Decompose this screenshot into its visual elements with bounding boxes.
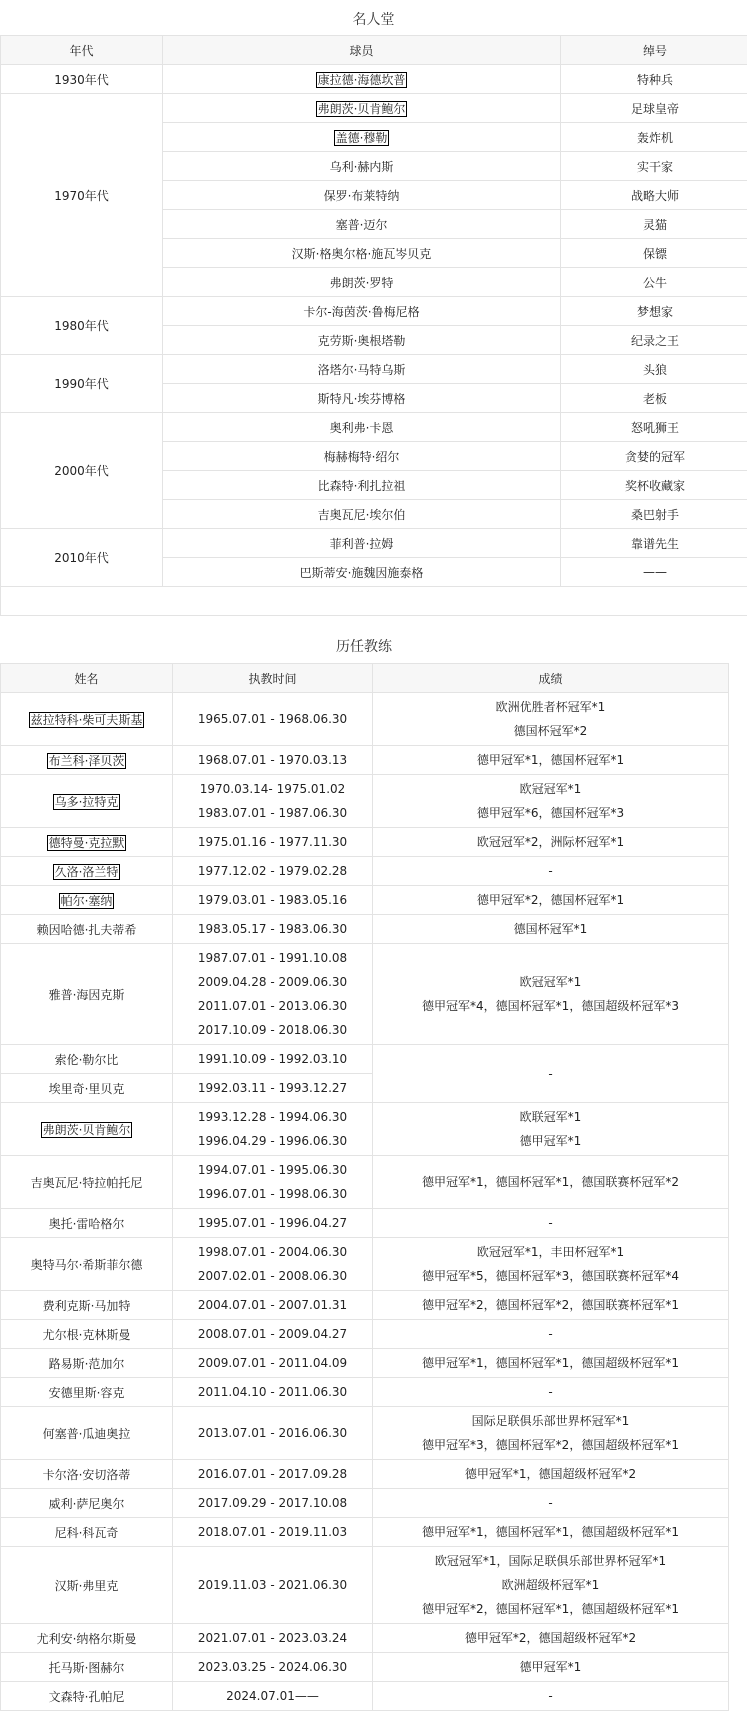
player-cell: 洛塔尔·马特乌斯 xyxy=(163,355,561,384)
tenure-period: 1987.07.01 - 1991.10.08 xyxy=(177,946,368,970)
coach-name[interactable]: 久洛·洛兰特 xyxy=(53,864,121,880)
coach-name-cell: 吉奥瓦尼·特拉帕托尼 xyxy=(1,1156,173,1209)
player-cell: 斯特凡·埃芬博格 xyxy=(163,384,561,413)
nickname-cell: 保镖 xyxy=(561,239,747,268)
honor-line: 欧联冠军*1 xyxy=(377,1105,724,1129)
hall-of-fame-table: 年代 球员 绰号 1930年代康拉德·海德坎普特种兵1970年代弗朗茨·贝肯鲍尔… xyxy=(0,35,747,616)
nickname-cell: 桑巴射手 xyxy=(561,500,747,529)
tenure-cell: 1994.07.01 - 1995.06.301996.07.01 - 1998… xyxy=(173,1156,373,1209)
player-name[interactable]: 康拉德·海德坎普 xyxy=(316,72,408,88)
honors-cell: 德甲冠军*1，德国超级杯冠军*2 xyxy=(373,1460,729,1489)
coach-name: 路易斯·范加尔 xyxy=(49,1357,125,1371)
tenure-period: 2018.07.01 - 2019.11.03 xyxy=(177,1520,368,1544)
tenure-period: 1993.12.28 - 1994.06.30 xyxy=(177,1105,368,1129)
table-row: 久洛·洛兰特1977.12.02 - 1979.02.28- xyxy=(1,857,729,886)
honor-line: 欧冠冠军*1，国际足联俱乐部世界杯冠军*1 xyxy=(377,1549,724,1573)
tenure-cell: 1987.07.01 - 1991.10.082009.04.28 - 2009… xyxy=(173,944,373,1045)
player-name: 卡尔-海茵茨·鲁梅尼格 xyxy=(303,305,419,319)
honor-line: 德甲冠军*6，德国杯冠军*3 xyxy=(377,801,724,825)
tenure-period: 1998.07.01 - 2004.06.30 xyxy=(177,1240,368,1264)
honor-line: 德甲冠军*1，德国超级杯冠军*2 xyxy=(377,1462,724,1486)
table-row: 1990年代洛塔尔·马特乌斯头狼 xyxy=(1,355,747,384)
tenure-cell: 2019.11.03 - 2021.06.30 xyxy=(173,1547,373,1624)
tenure-cell: 2017.09.29 - 2017.10.08 xyxy=(173,1489,373,1518)
header-player: 球员 xyxy=(163,36,561,65)
coach-name-cell: 弗朗茨·贝肯鲍尔 xyxy=(1,1103,173,1156)
honor-line: 德甲冠军*1，德国杯冠军*1 xyxy=(377,748,724,772)
tenure-cell: 1965.07.01 - 1968.06.30 xyxy=(173,693,373,746)
table-row: 赖因哈德·扎夫蒂希1983.05.17 - 1983.06.30德国杯冠军*1 xyxy=(1,915,729,944)
player-cell: 克劳斯·奥根塔勒 xyxy=(163,326,561,355)
tenure-period: 2009.04.28 - 2009.06.30 xyxy=(177,970,368,994)
honors-cell: 欧冠冠军*1德甲冠军*6，德国杯冠军*3 xyxy=(373,775,729,828)
tenure-cell: 2008.07.01 - 2009.04.27 xyxy=(173,1320,373,1349)
nickname-cell: 靠谱先生 xyxy=(561,529,747,558)
header-tenure: 执教时间 xyxy=(173,664,373,693)
player-name: 梅赫梅特·绍尔 xyxy=(324,450,400,464)
player-name: 巴斯蒂安·施魏因施泰格 xyxy=(300,566,424,580)
table-row: 奥特马尔·希斯菲尔德1998.07.01 - 2004.06.302007.02… xyxy=(1,1238,729,1291)
tenure-cell: 1998.07.01 - 2004.06.302007.02.01 - 2008… xyxy=(173,1238,373,1291)
coach-name-cell: 久洛·洛兰特 xyxy=(1,857,173,886)
tenure-period: 1975.01.16 - 1977.11.30 xyxy=(177,830,368,854)
honor-line: 德国杯冠军*2 xyxy=(377,719,724,743)
player-cell: 菲利普·拉姆 xyxy=(163,529,561,558)
player-cell: 康拉德·海德坎普 xyxy=(163,65,561,94)
honor-line: 欧冠冠军*2，洲际杯冠军*1 xyxy=(377,830,724,854)
table-header-row: 年代 球员 绰号 xyxy=(1,36,747,65)
table-row: 1980年代卡尔-海茵茨·鲁梅尼格梦想家 xyxy=(1,297,747,326)
player-cell: 巴斯蒂安·施魏因施泰格 xyxy=(163,558,561,587)
coach-name: 费利克斯·马加特 xyxy=(43,1299,131,1313)
coach-name: 汉斯·弗里克 xyxy=(55,1579,119,1593)
coach-name: 何塞普·瓜迪奥拉 xyxy=(43,1427,131,1441)
table-row: 尼科·科瓦奇2018.07.01 - 2019.11.03德甲冠军*1，德国杯冠… xyxy=(1,1518,729,1547)
table-row: 奥托·雷哈格尔1995.07.01 - 1996.04.27- xyxy=(1,1209,729,1238)
coach-name-cell: 奥托·雷哈格尔 xyxy=(1,1209,173,1238)
player-name[interactable]: 盖德·穆勒 xyxy=(334,130,390,146)
honor-line: - xyxy=(377,1491,724,1515)
coach-name-cell: 埃里奇·里贝克 xyxy=(1,1074,173,1103)
tenure-period: 2016.07.01 - 2017.09.28 xyxy=(177,1462,368,1486)
player-cell: 奥利弗·卡恩 xyxy=(163,413,561,442)
table-row: 德特曼·克拉默1975.01.16 - 1977.11.30欧冠冠军*2，洲际杯… xyxy=(1,828,729,857)
honors-cell: - xyxy=(373,1682,729,1711)
coach-name: 奥特马尔·希斯菲尔德 xyxy=(31,1258,143,1272)
honor-line: 欧冠冠军*1，丰田杯冠军*1 xyxy=(377,1240,724,1264)
coach-name: 托马斯·图赫尔 xyxy=(49,1661,125,1675)
player-cell: 卡尔-海茵茨·鲁梅尼格 xyxy=(163,297,561,326)
tenure-cell: 1992.03.11 - 1993.12.27 xyxy=(173,1074,373,1103)
coaches-table: 姓名 执教时间 成绩 兹拉特科·柴可夫斯基1965.07.01 - 1968.0… xyxy=(0,663,729,1711)
tenure-period: 1970.03.14- 1975.01.02 xyxy=(177,777,368,801)
tenure-period: 1983.05.17 - 1983.06.30 xyxy=(177,917,368,941)
coach-name: 埃里奇·里贝克 xyxy=(49,1082,125,1096)
honor-line: 德国杯冠军*1 xyxy=(377,917,724,941)
tenure-cell: 2004.07.01 - 2007.01.31 xyxy=(173,1291,373,1320)
player-cell: 保罗·布莱特纳 xyxy=(163,181,561,210)
tenure-cell: 2021.07.01 - 2023.03.24 xyxy=(173,1624,373,1653)
table-row: 帕尔·塞纳1979.03.01 - 1983.05.16德甲冠军*2，德国杯冠军… xyxy=(1,886,729,915)
table-row: 吉奥瓦尼·特拉帕托尼1994.07.01 - 1995.06.301996.07… xyxy=(1,1156,729,1209)
coach-name: 威利·萨尼奥尔 xyxy=(49,1497,125,1511)
tenure-cell: 1977.12.02 - 1979.02.28 xyxy=(173,857,373,886)
coaches-title: 历任教练 xyxy=(0,636,728,658)
tenure-period: 1996.04.29 - 1996.06.30 xyxy=(177,1129,368,1153)
table-row: 尤尔根·克林斯曼2008.07.01 - 2009.04.27- xyxy=(1,1320,729,1349)
coach-name-cell: 德特曼·克拉默 xyxy=(1,828,173,857)
era-cell: 1930年代 xyxy=(1,65,163,94)
nickname-cell: 战略大师 xyxy=(561,181,747,210)
table-row: 尤利安·纳格尔斯曼2021.07.01 - 2023.03.24德甲冠军*2，德… xyxy=(1,1624,729,1653)
honor-line: 德甲冠军*2，德国超级杯冠军*2 xyxy=(377,1626,724,1650)
player-name: 吉奥瓦尼·埃尔伯 xyxy=(318,508,406,522)
honors-cell: 德甲冠军*1，德国杯冠军*1，德国超级杯冠军*1 xyxy=(373,1518,729,1547)
tenure-period: 1979.03.01 - 1983.05.16 xyxy=(177,888,368,912)
table-row: 索伦·勒尔比1991.10.09 - 1992.03.10- xyxy=(1,1045,729,1074)
tenure-period: 1968.07.01 - 1970.03.13 xyxy=(177,748,368,772)
honors-cell: 德甲冠军*2，德国杯冠军*1 xyxy=(373,886,729,915)
honor-line: 德甲冠军*3，德国杯冠军*2，德国超级杯冠军*1 xyxy=(377,1433,724,1457)
tenure-period: 1965.07.01 - 1968.06.30 xyxy=(177,707,368,731)
tenure-period: 1994.07.01 - 1995.06.30 xyxy=(177,1158,368,1182)
tenure-period: 2008.07.01 - 2009.04.27 xyxy=(177,1322,368,1346)
coach-name: 吉奥瓦尼·特拉帕托尼 xyxy=(31,1176,143,1190)
tenure-period: 2024.07.01—— xyxy=(177,1684,368,1708)
tenure-period: 2009.07.01 - 2011.04.09 xyxy=(177,1351,368,1375)
coach-name: 文森特·孔帕尼 xyxy=(49,1690,125,1704)
tenure-cell: 1968.07.01 - 1970.03.13 xyxy=(173,746,373,775)
coach-name-cell: 安德里斯·容克 xyxy=(1,1378,173,1407)
tenure-cell: 2013.07.01 - 2016.06.30 xyxy=(173,1407,373,1460)
era-cell: 1990年代 xyxy=(1,355,163,413)
coach-name-cell: 奥特马尔·希斯菲尔德 xyxy=(1,1238,173,1291)
coach-name: 尼科·科瓦奇 xyxy=(55,1526,119,1540)
player-name: 汉斯·格奥尔格·施瓦岑贝克 xyxy=(292,247,432,261)
table-row: 安德里斯·容克2011.04.10 - 2011.06.30- xyxy=(1,1378,729,1407)
nickname-cell: 实干家 xyxy=(561,152,747,181)
honor-line: 德甲冠军*1，德国杯冠军*1，德国超级杯冠军*1 xyxy=(377,1351,724,1375)
nickname-cell: 公牛 xyxy=(561,268,747,297)
honor-line: - xyxy=(377,1322,724,1346)
era-cell: 1980年代 xyxy=(1,297,163,355)
coach-name-cell: 尤尔根·克林斯曼 xyxy=(1,1320,173,1349)
nickname-cell: 轰炸机 xyxy=(561,123,747,152)
coach-name-cell: 费利克斯·马加特 xyxy=(1,1291,173,1320)
player-name: 弗朗茨·罗特 xyxy=(330,276,394,290)
tenure-cell: 2016.07.01 - 2017.09.28 xyxy=(173,1460,373,1489)
nickname-cell: —— xyxy=(561,558,747,587)
honor-line: 德甲冠军*5，德国杯冠军*3，德国联赛杯冠军*4 xyxy=(377,1264,724,1288)
honors-cell: 德甲冠军*1，德国杯冠军*1 xyxy=(373,746,729,775)
honor-line: 国际足联俱乐部世界杯冠军*1 xyxy=(377,1409,724,1433)
tenure-period: 2013.07.01 - 2016.06.30 xyxy=(177,1421,368,1445)
nickname-cell: 头狼 xyxy=(561,355,747,384)
honors-cell: 欧冠冠军*1德甲冠军*4，德国杯冠军*1，德国超级杯冠军*3 xyxy=(373,944,729,1045)
honor-line: 欧洲超级杯冠军*1 xyxy=(377,1573,724,1597)
hall-of-fame-title: 名人堂 xyxy=(0,9,747,31)
player-name: 保罗·布莱特纳 xyxy=(324,189,400,203)
honor-line: - xyxy=(377,1211,724,1235)
empty-row xyxy=(1,587,747,616)
coach-name: 尤尔根·克林斯曼 xyxy=(43,1328,131,1342)
table-row: 威利·萨尼奥尔2017.09.29 - 2017.10.08- xyxy=(1,1489,729,1518)
tenure-period: 2011.07.01 - 2013.06.30 xyxy=(177,994,368,1018)
coach-name: 尤利安·纳格尔斯曼 xyxy=(37,1632,137,1646)
coach-name[interactable]: 德特曼·克拉默 xyxy=(47,835,127,851)
tenure-period: 1995.07.01 - 1996.04.27 xyxy=(177,1211,368,1235)
table-row: 托马斯·图赫尔2023.03.25 - 2024.06.30德甲冠军*1 xyxy=(1,1653,729,1682)
table-row: 布兰科·泽贝茨1968.07.01 - 1970.03.13德甲冠军*1，德国杯… xyxy=(1,746,729,775)
tenure-period: 2011.04.10 - 2011.06.30 xyxy=(177,1380,368,1404)
table-row: 卡尔洛·安切洛蒂2016.07.01 - 2017.09.28德甲冠军*1，德国… xyxy=(1,1460,729,1489)
coach-name: 奥托·雷哈格尔 xyxy=(49,1217,125,1231)
table-row: 2010年代菲利普·拉姆靠谱先生 xyxy=(1,529,747,558)
tenure-period: 2021.07.01 - 2023.03.24 xyxy=(177,1626,368,1650)
coach-name-cell: 乌多·拉特克 xyxy=(1,775,173,828)
coach-name[interactable]: 帕尔·塞纳 xyxy=(59,893,115,909)
honor-line: 德甲冠军*1，德国杯冠军*1，德国联赛杯冠军*2 xyxy=(377,1170,724,1194)
table-row: 1970年代弗朗茨·贝肯鲍尔足球皇帝 xyxy=(1,94,747,123)
table-row: 乌多·拉特克1970.03.14- 1975.01.021983.07.01 -… xyxy=(1,775,729,828)
tenure-period: 1992.03.11 - 1993.12.27 xyxy=(177,1076,368,1100)
honors-cell: - xyxy=(373,1378,729,1407)
honors-cell: - xyxy=(373,1209,729,1238)
coach-name: 安德里斯·容克 xyxy=(49,1386,125,1400)
honor-line: 德甲冠军*1，德国杯冠军*1，德国超级杯冠军*1 xyxy=(377,1520,724,1544)
tenure-cell: 2023.03.25 - 2024.06.30 xyxy=(173,1653,373,1682)
table-row: 汉斯·弗里克2019.11.03 - 2021.06.30欧冠冠军*1，国际足联… xyxy=(1,1547,729,1624)
player-name: 菲利普·拉姆 xyxy=(330,537,394,551)
coach-name: 索伦·勒尔比 xyxy=(55,1053,119,1067)
honor-line: - xyxy=(377,1380,724,1404)
player-name: 乌利·赫内斯 xyxy=(330,160,394,174)
table-header-row: 姓名 执教时间 成绩 xyxy=(1,664,729,693)
honor-line: 德甲冠军*4，德国杯冠军*1，德国超级杯冠军*3 xyxy=(377,994,724,1018)
tenure-period: 1991.10.09 - 1992.03.10 xyxy=(177,1047,368,1071)
nickname-cell: 怒吼狮王 xyxy=(561,413,747,442)
header-name: 姓名 xyxy=(1,664,173,693)
honors-cell: 欧冠冠军*1，国际足联俱乐部世界杯冠军*1欧洲超级杯冠军*1德甲冠军*2，德国杯… xyxy=(373,1547,729,1624)
tenure-cell: 2009.07.01 - 2011.04.09 xyxy=(173,1349,373,1378)
player-name: 奥利弗·卡恩 xyxy=(330,421,394,435)
player-cell: 乌利·赫内斯 xyxy=(163,152,561,181)
coach-name[interactable]: 乌多·拉特克 xyxy=(53,794,121,810)
honors-cell: 德甲冠军*1，德国杯冠军*1，德国联赛杯冠军*2 xyxy=(373,1156,729,1209)
tenure-period: 1983.07.01 - 1987.06.30 xyxy=(177,801,368,825)
player-name: 洛塔尔·马特乌斯 xyxy=(318,363,406,377)
coach-name-cell: 卡尔洛·安切洛蒂 xyxy=(1,1460,173,1489)
honors-cell: 德国杯冠军*1 xyxy=(373,915,729,944)
coach-name: 卡尔洛·安切洛蒂 xyxy=(43,1468,131,1482)
honor-line: 德甲冠军*1 xyxy=(377,1655,724,1679)
tenure-period: 1977.12.02 - 1979.02.28 xyxy=(177,859,368,883)
honors-cell: 国际足联俱乐部世界杯冠军*1德甲冠军*3，德国杯冠军*2，德国超级杯冠军*1 xyxy=(373,1407,729,1460)
coach-name-cell: 雅普·海因克斯 xyxy=(1,944,173,1045)
header-honors: 成绩 xyxy=(373,664,729,693)
player-name: 斯特凡·埃芬博格 xyxy=(318,392,406,406)
player-cell: 比森特·利扎拉祖 xyxy=(163,471,561,500)
nickname-cell: 老板 xyxy=(561,384,747,413)
tenure-period: 1996.07.01 - 1998.06.30 xyxy=(177,1182,368,1206)
tenure-cell: 1995.07.01 - 1996.04.27 xyxy=(173,1209,373,1238)
honors-cell: 欧冠冠军*2，洲际杯冠军*1 xyxy=(373,828,729,857)
tenure-cell: 1983.05.17 - 1983.06.30 xyxy=(173,915,373,944)
player-cell: 弗朗茨·贝肯鲍尔 xyxy=(163,94,561,123)
player-name: 塞普·迈尔 xyxy=(336,218,388,232)
coach-name-cell: 路易斯·范加尔 xyxy=(1,1349,173,1378)
nickname-cell: 特种兵 xyxy=(561,65,747,94)
table-row: 雅普·海因克斯1987.07.01 - 1991.10.082009.04.28… xyxy=(1,944,729,1045)
honors-cell: 德甲冠军*2，德国杯冠军*2，德国联赛杯冠军*1 xyxy=(373,1291,729,1320)
tenure-period: 2023.03.25 - 2024.06.30 xyxy=(177,1655,368,1679)
honors-cell: 欧联冠军*1德甲冠军*1 xyxy=(373,1103,729,1156)
player-cell: 汉斯·格奥尔格·施瓦岑贝克 xyxy=(163,239,561,268)
player-cell: 盖德·穆勒 xyxy=(163,123,561,152)
header-nickname: 绰号 xyxy=(561,36,747,65)
tenure-period: 2007.02.01 - 2008.06.30 xyxy=(177,1264,368,1288)
player-name: 比森特·利扎拉祖 xyxy=(318,479,406,493)
era-cell: 2000年代 xyxy=(1,413,163,529)
header-era: 年代 xyxy=(1,36,163,65)
player-cell: 弗朗茨·罗特 xyxy=(163,268,561,297)
coach-name-cell: 帕尔·塞纳 xyxy=(1,886,173,915)
honor-line: - xyxy=(377,1684,724,1708)
honor-line: 欧洲优胜者杯冠军*1 xyxy=(377,695,724,719)
honors-cell: 德甲冠军*2，德国超级杯冠军*2 xyxy=(373,1624,729,1653)
tenure-cell: 1979.03.01 - 1983.05.16 xyxy=(173,886,373,915)
era-cell: 1970年代 xyxy=(1,94,163,297)
coach-name[interactable]: 兹拉特科·柴可夫斯基 xyxy=(29,712,145,728)
honors-cell: 德甲冠军*1，德国杯冠军*1，德国超级杯冠军*1 xyxy=(373,1349,729,1378)
coach-name-cell: 托马斯·图赫尔 xyxy=(1,1653,173,1682)
nickname-cell: 梦想家 xyxy=(561,297,747,326)
table-row: 2000年代奥利弗·卡恩怒吼狮王 xyxy=(1,413,747,442)
coach-name-cell: 汉斯·弗里克 xyxy=(1,1547,173,1624)
coach-name[interactable]: 弗朗茨·贝肯鲍尔 xyxy=(41,1122,133,1138)
coach-name-cell: 尼科·科瓦奇 xyxy=(1,1518,173,1547)
honors-cell: - xyxy=(373,1320,729,1349)
coach-name-cell: 威利·萨尼奥尔 xyxy=(1,1489,173,1518)
honors-cell: - xyxy=(373,857,729,886)
tenure-cell: 1993.12.28 - 1994.06.301996.04.29 - 1996… xyxy=(173,1103,373,1156)
coach-name-cell: 赖因哈德·扎夫蒂希 xyxy=(1,915,173,944)
table-row: 路易斯·范加尔2009.07.01 - 2011.04.09德甲冠军*1，德国杯… xyxy=(1,1349,729,1378)
nickname-cell: 灵猫 xyxy=(561,210,747,239)
table-row: 弗朗茨·贝肯鲍尔1993.12.28 - 1994.06.301996.04.2… xyxy=(1,1103,729,1156)
nickname-cell: 纪录之王 xyxy=(561,326,747,355)
nickname-cell: 奖杯收藏家 xyxy=(561,471,747,500)
tenure-period: 2017.09.29 - 2017.10.08 xyxy=(177,1491,368,1515)
nickname-cell: 贪婪的冠军 xyxy=(561,442,747,471)
coach-name: 赖因哈德·扎夫蒂希 xyxy=(37,923,137,937)
coach-name-cell: 索伦·勒尔比 xyxy=(1,1045,173,1074)
empty-cell xyxy=(1,587,747,616)
player-cell: 吉奥瓦尼·埃尔伯 xyxy=(163,500,561,529)
nickname-cell: 足球皇帝 xyxy=(561,94,747,123)
coach-name-cell: 文森特·孔帕尼 xyxy=(1,1682,173,1711)
honor-line: 欧冠冠军*1 xyxy=(377,777,724,801)
honor-line: 德甲冠军*2，德国杯冠军*1 xyxy=(377,888,724,912)
table-row: 1930年代康拉德·海德坎普特种兵 xyxy=(1,65,747,94)
tenure-cell: 1975.01.16 - 1977.11.30 xyxy=(173,828,373,857)
tenure-cell: 2018.07.01 - 2019.11.03 xyxy=(173,1518,373,1547)
coach-name-cell: 兹拉特科·柴可夫斯基 xyxy=(1,693,173,746)
honor-line: 欧冠冠军*1 xyxy=(377,970,724,994)
honor-line: 德甲冠军*2，德国杯冠军*1，德国超级杯冠军*1 xyxy=(377,1597,724,1621)
honor-line: 德甲冠军*2，德国杯冠军*2，德国联赛杯冠军*1 xyxy=(377,1293,724,1317)
coach-name: 雅普·海因克斯 xyxy=(49,988,125,1002)
tenure-period: 2017.10.09 - 2018.06.30 xyxy=(177,1018,368,1042)
table-row: 兹拉特科·柴可夫斯基1965.07.01 - 1968.06.30欧洲优胜者杯冠… xyxy=(1,693,729,746)
honors-cell: 欧洲优胜者杯冠军*1德国杯冠军*2 xyxy=(373,693,729,746)
tenure-cell: 1991.10.09 - 1992.03.10 xyxy=(173,1045,373,1074)
honors-cell: - xyxy=(373,1045,729,1103)
tenure-cell: 2024.07.01—— xyxy=(173,1682,373,1711)
honors-cell: - xyxy=(373,1489,729,1518)
honor-line: - xyxy=(377,1062,724,1086)
player-name: 克劳斯·奥根塔勒 xyxy=(318,334,406,348)
coach-name[interactable]: 布兰科·泽贝茨 xyxy=(47,753,127,769)
tenure-cell: 1970.03.14- 1975.01.021983.07.01 - 1987.… xyxy=(173,775,373,828)
honors-cell: 欧冠冠军*1，丰田杯冠军*1德甲冠军*5，德国杯冠军*3，德国联赛杯冠军*4 xyxy=(373,1238,729,1291)
tenure-period: 2019.11.03 - 2021.06.30 xyxy=(177,1573,368,1597)
honor-line: - xyxy=(377,859,724,883)
table-row: 文森特·孔帕尼2024.07.01——- xyxy=(1,1682,729,1711)
coach-name-cell: 尤利安·纳格尔斯曼 xyxy=(1,1624,173,1653)
era-cell: 2010年代 xyxy=(1,529,163,587)
honor-line: 德甲冠军*1 xyxy=(377,1129,724,1153)
tenure-period: 2004.07.01 - 2007.01.31 xyxy=(177,1293,368,1317)
player-cell: 梅赫梅特·绍尔 xyxy=(163,442,561,471)
honors-cell: 德甲冠军*1 xyxy=(373,1653,729,1682)
table-row: 费利克斯·马加特2004.07.01 - 2007.01.31德甲冠军*2，德国… xyxy=(1,1291,729,1320)
coach-name-cell: 布兰科·泽贝茨 xyxy=(1,746,173,775)
tenure-cell: 2011.04.10 - 2011.06.30 xyxy=(173,1378,373,1407)
table-row: 何塞普·瓜迪奥拉2013.07.01 - 2016.06.30国际足联俱乐部世界… xyxy=(1,1407,729,1460)
player-name[interactable]: 弗朗茨·贝肯鲍尔 xyxy=(316,101,408,117)
coach-name-cell: 何塞普·瓜迪奥拉 xyxy=(1,1407,173,1460)
player-cell: 塞普·迈尔 xyxy=(163,210,561,239)
